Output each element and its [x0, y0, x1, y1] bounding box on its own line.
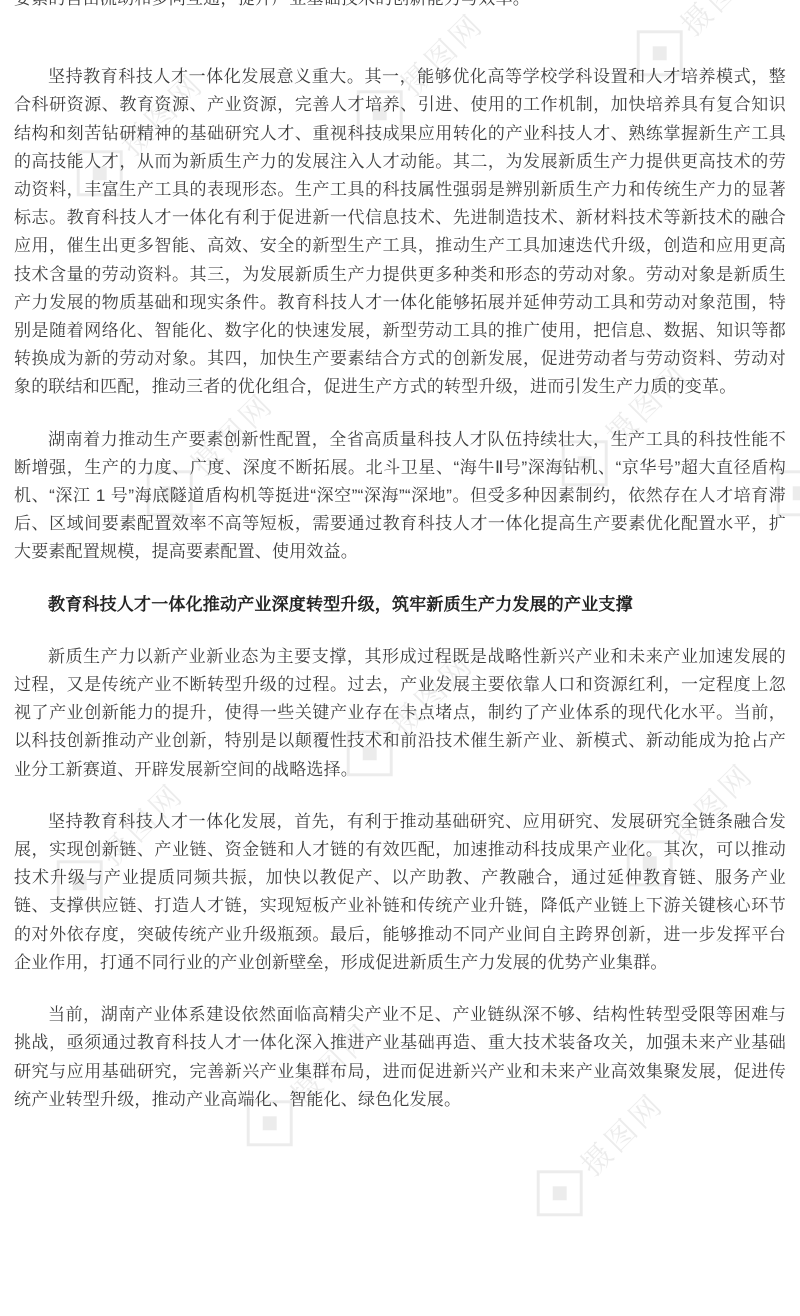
paragraph-clipped-top: 要素的自由流动和多向互通，提升产业基础技术的创新能力与效率。 — [14, 0, 786, 13]
section-heading-industry-support: 教育科技人才一体化推动产业深度转型升级，筑牢新质生产力发展的产业支撑 — [14, 591, 786, 619]
document-page: { "page": { "background": "#ffffff", "bo… — [0, 0, 800, 1316]
paragraph-chain-integration: 坚持教育科技人才一体化发展，首先，有利于推动基础研究、应用研究、发展研究全链条融… — [14, 808, 786, 977]
paragraph-significance-of-integration: 坚持教育科技人才一体化发展意义重大。其一，能够优化高等学校学科设置和人才培养模式… — [14, 63, 786, 401]
paragraph-hunan-production-factors: 湖南着力推动生产要素创新性配置，全省高质量科技人才队伍持续壮大，生产工具的科技性… — [14, 426, 786, 567]
paragraph-new-industries-new-forms: 新质生产力以新产业新业态为主要支撑，其形成过程既是战略性新兴产业和未来产业加速发… — [14, 643, 786, 784]
shetuwang-logo-icon — [537, 1170, 583, 1216]
paragraph-hunan-industry-challenges: 当前，湖南产业体系建设依然面临高精尖产业不足、产业链纵深不够、结构性转型受限等困… — [14, 1001, 786, 1114]
article-body: 要素的自由流动和多向互通，提升产业基础技术的创新能力与效率。 坚持教育科技人才一… — [0, 0, 800, 1114]
